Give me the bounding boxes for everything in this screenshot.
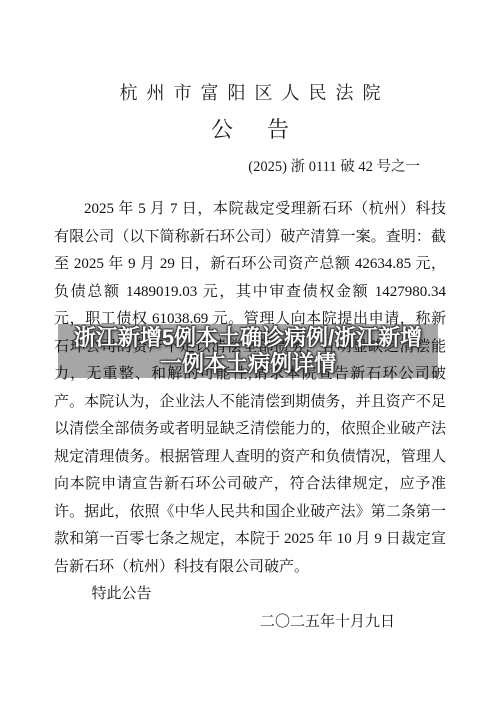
headline-line-1: 浙江新增5例本土确诊病例/浙江新增 (74, 325, 422, 351)
announcement-date: 二〇二五年十月九日 (54, 609, 446, 637)
announcement-page: 杭州市富阳区人民法院 公告 (2025) 浙 0111 破 42 号之一 202… (0, 0, 500, 706)
closing-line: 特此公告 (54, 581, 446, 609)
announcement-title: 公告 (54, 117, 480, 143)
announcement-body: 2025 年 5 月 7 日，本院裁定受理新石环（杭州）科技有限公司（以下简称新… (54, 196, 446, 581)
headline-overlay: 浙江新增5例本土确诊病例/浙江新增 一例本土病例详情 (58, 324, 438, 378)
headline-line-2: 一例本土病例详情 (160, 351, 336, 377)
court-name: 杭州市富阳区人民法院 (54, 82, 455, 104)
case-number: (2025) 浙 0111 破 42 号之一 (54, 158, 446, 176)
